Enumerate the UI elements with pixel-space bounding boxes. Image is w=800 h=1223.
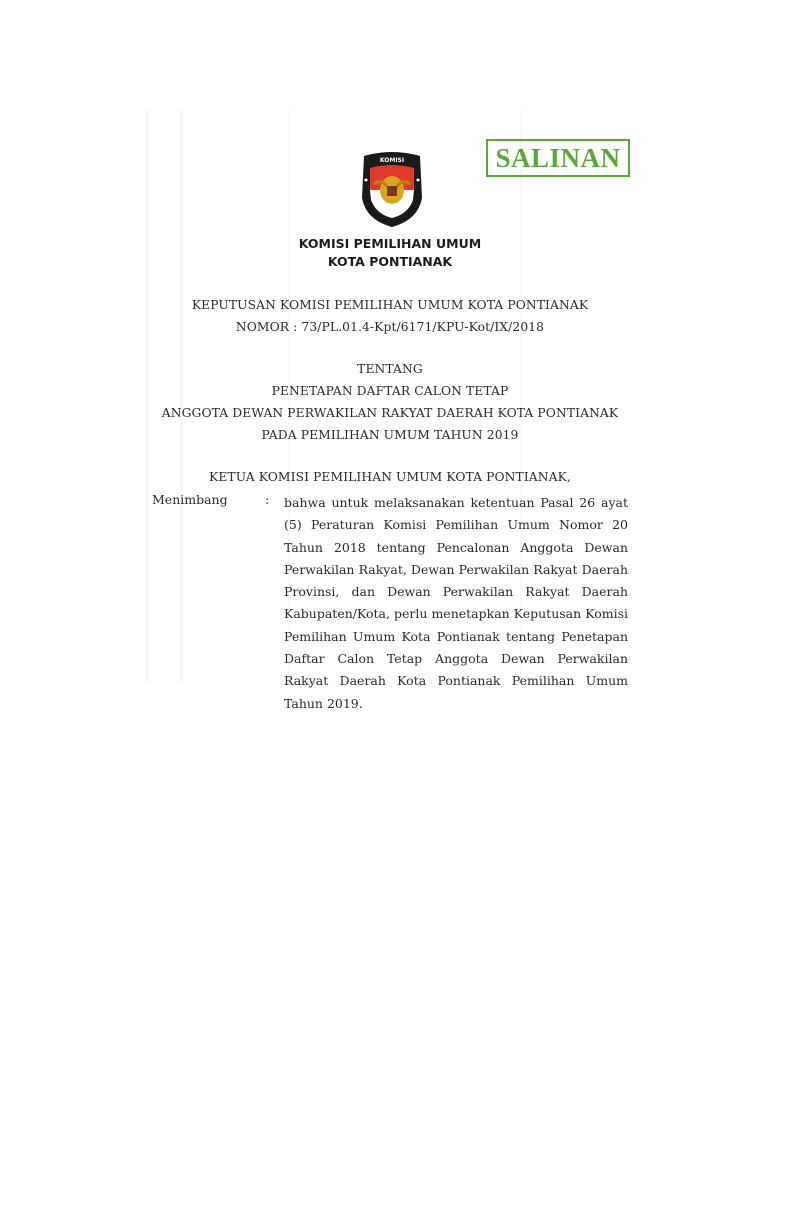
issuer-heading: KETUA KOMISI PEMILIHAN UMUM KOTA PONTIAN…	[100, 470, 680, 484]
considering-label: Menimbang	[152, 492, 228, 507]
considering-separator: :	[265, 492, 269, 507]
org-name-line1: KOMISI PEMILIHAN UMUM	[250, 236, 530, 251]
considering-paragraph: bahwa untuk melaksanakan ketentuan Pasal…	[284, 492, 628, 715]
subject-line-1: PENETAPAN DAFTAR CALON TETAP	[100, 384, 680, 398]
decree-title: KEPUTUSAN KOMISI PEMILIHAN UMUM KOTA PON…	[100, 298, 680, 312]
salinan-stamp: SALINAN	[486, 139, 630, 177]
subject-line-2: ANGGOTA DEWAN PERWAKILAN RAKYAT DAERAH K…	[100, 406, 680, 420]
about-label: TENTANG	[100, 362, 680, 376]
org-name-line2: KOTA PONTIANAK	[250, 254, 530, 269]
decree-number: NOMOR : 73/PL.01.4-Kpt/6171/KPU-Kot/IX/2…	[100, 320, 680, 334]
svg-text:KOMISI: KOMISI	[380, 157, 404, 164]
kpu-logo-icon: KOMISI	[358, 150, 426, 228]
subject-line-3: PADA PEMILIHAN UMUM TAHUN 2019	[100, 428, 680, 442]
